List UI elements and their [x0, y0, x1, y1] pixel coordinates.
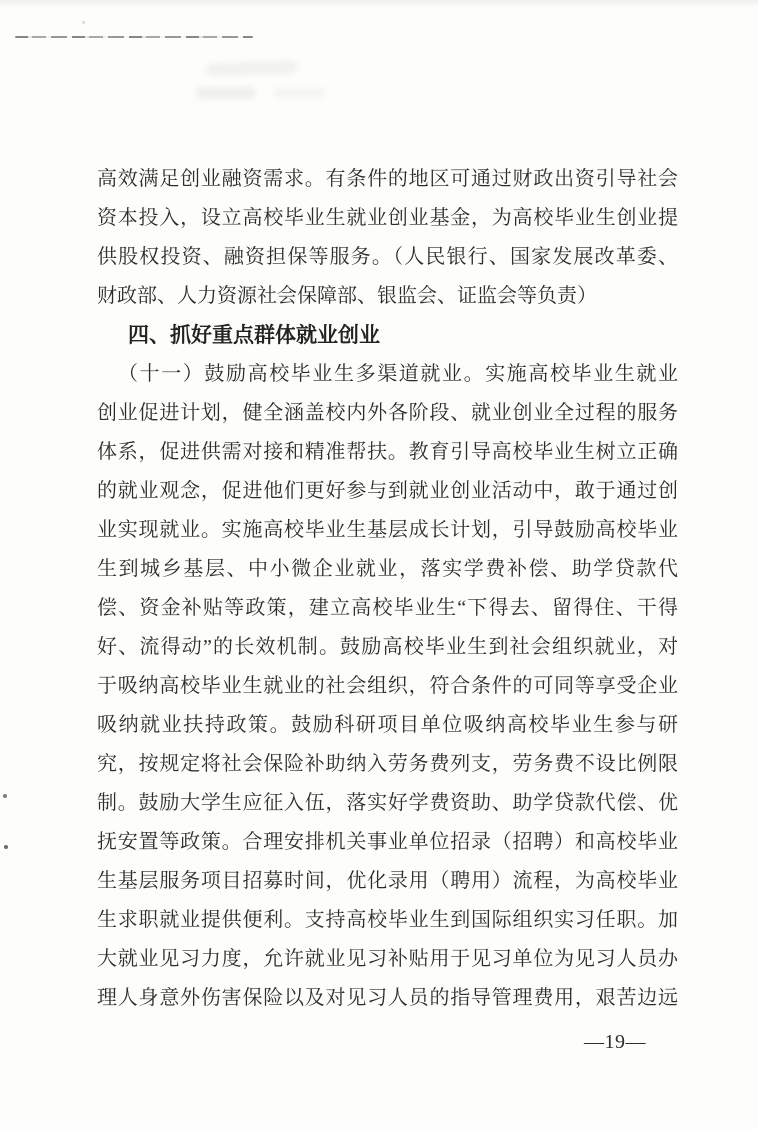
- text-line: 理人身意外伤害保险以及对见习人员的指导管理费用，艰苦边远: [97, 979, 678, 1018]
- text-line: 创业促进计划，健全涵盖校内外各阶段、就业创业全过程的服务: [97, 394, 678, 433]
- document-body: 高效满足创业融资需求。有条件的地区可通过财政出资引导社会 资本投入，设立高校毕业…: [97, 160, 678, 1018]
- text-line: 偿、资金补贴等政策，建立高校毕业生“下得去、留得住、干得: [97, 589, 678, 628]
- text-line: 制。鼓励大学生应征入伍，落实好学费资助、助学贷款代偿、优: [97, 784, 678, 823]
- text-line: 财政部、人力资源社会保障部、银监会、证监会等负责）: [97, 277, 678, 316]
- text-line: 好、流得动”的长效机制。鼓励高校毕业生到社会组织就业，对: [97, 628, 678, 667]
- scan-speck: [3, 794, 7, 798]
- text-line: 业实现就业。实施高校毕业生基层成长计划，引导鼓励高校毕业: [97, 511, 678, 550]
- text-line: 的就业观念，促进他们更好参与到就业创业活动中，敢于通过创: [97, 472, 678, 511]
- text-line: （十一）鼓励高校毕业生多渠道就业。实施高校毕业生就业: [97, 355, 678, 394]
- text-line: 于吸纳高校毕业生就业的社会组织，符合条件的可同等享受企业: [97, 667, 678, 706]
- text-line: 供股权投资、融资担保等服务。（人民银行、国家发展改革委、: [97, 238, 678, 277]
- section-heading: 四、抓好重点群体就业创业: [97, 316, 678, 355]
- text-line: 究，按规定将社会保险补助纳入劳务费列支，劳务费不设比例限: [97, 745, 678, 784]
- text-line: 生基层服务项目招募时间，优化录用（聘用）流程，为高校毕业: [97, 862, 678, 901]
- ink-bleed-ghost: [273, 88, 325, 98]
- page-number: —19—: [584, 1031, 646, 1054]
- ink-bleed-ghost: [206, 60, 298, 76]
- scan-artifact-line: [15, 36, 253, 38]
- text-line: 大就业见习力度，允许就业见习补贴用于见习单位为见习人员办: [97, 940, 678, 979]
- scan-speck: [4, 845, 8, 849]
- text-line: 资本投入，设立高校毕业生就业创业基金，为高校毕业生创业提: [97, 199, 678, 238]
- text-line: 体系，促进供需对接和精准帮扶。教育引导高校毕业生树立正确: [97, 433, 678, 472]
- text-line: 吸纳就业扶持政策。鼓励科研项目单位吸纳高校毕业生参与研: [97, 706, 678, 745]
- text-line: 抚安置等政策。合理安排机关事业单位招录（招聘）和高校毕业: [97, 823, 678, 862]
- ink-bleed-ghost: [196, 87, 256, 99]
- scan-speck: [82, 21, 85, 24]
- text-line: 生到城乡基层、中小微企业就业，落实学费补偿、助学贷款代: [97, 550, 678, 589]
- text-line: 生求职就业提供便利。支持高校毕业生到国际组织实习任职。加: [97, 901, 678, 940]
- document-page: 高效满足创业融资需求。有条件的地区可通过财政出资引导社会 资本投入，设立高校毕业…: [0, 0, 758, 1130]
- text-line: 高效满足创业融资需求。有条件的地区可通过财政出资引导社会: [97, 160, 678, 199]
